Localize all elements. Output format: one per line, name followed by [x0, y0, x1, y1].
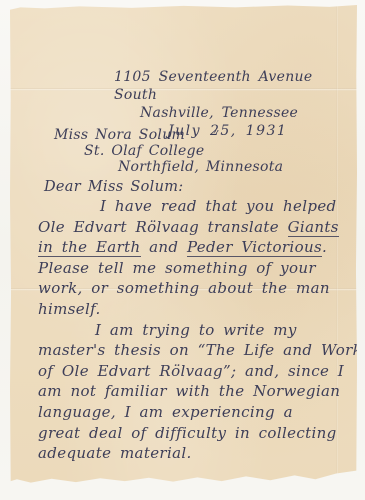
ditto-mark: ” [213, 127, 219, 143]
recipient-city: Northfield, Minnesota [118, 159, 357, 175]
body-text-segment: and [141, 238, 188, 256]
salutation: Dear Miss Solum: [44, 179, 183, 195]
body-line: adequate material. [38, 443, 350, 464]
recipient-block: Miss Nora Solum” St. Olaf College Northf… [10, 127, 357, 175]
body-line: I have read that you helped [38, 196, 350, 217]
sender-address-line: 1105 Seventeenth Avenue South [114, 68, 357, 104]
body-line: am not familiar with the Norwegian [38, 381, 350, 402]
recipient-institution: St. Olaf College [84, 143, 357, 159]
body-line: work, or something about the man [38, 278, 350, 299]
body-line: of Ole Edvart Rölvaag”; and, since I [38, 361, 350, 382]
recipient-name-line: Miss Nora Solum” [54, 127, 357, 143]
body-line: Please tell me something of your [38, 258, 350, 279]
underlined-book-title: Peder Victorious [187, 238, 322, 257]
body-text-segment: Ole Edvart Rölvaag translate [38, 218, 288, 236]
body-line: master's thesis on “The Life and Works [38, 340, 350, 361]
body-line: in the Earth and Peder Victorious. [38, 237, 350, 258]
recipient-name: Miss Nora Solum [54, 127, 185, 143]
body-line: great deal of difficulty in collecting [38, 423, 350, 444]
letter-paper: 1105 Seventeenth Avenue South Nashville,… [10, 4, 357, 486]
letter-body: I have read that you helped Ole Edvart R… [38, 196, 350, 464]
body-line: himself. [38, 299, 350, 320]
sender-city-line: Nashville, Tennessee [140, 104, 357, 122]
scan-background: 1105 Seventeenth Avenue South Nashville,… [0, 0, 365, 500]
body-text-segment: . [322, 238, 327, 256]
body-line: Ole Edvart Rölvaag translate Giants [38, 217, 350, 238]
underlined-book-title: Giants [288, 218, 339, 237]
body-line: I am trying to write my [38, 320, 350, 341]
body-line: language, I am experiencing a [38, 402, 350, 423]
underlined-book-title: in the Earth [38, 238, 141, 257]
